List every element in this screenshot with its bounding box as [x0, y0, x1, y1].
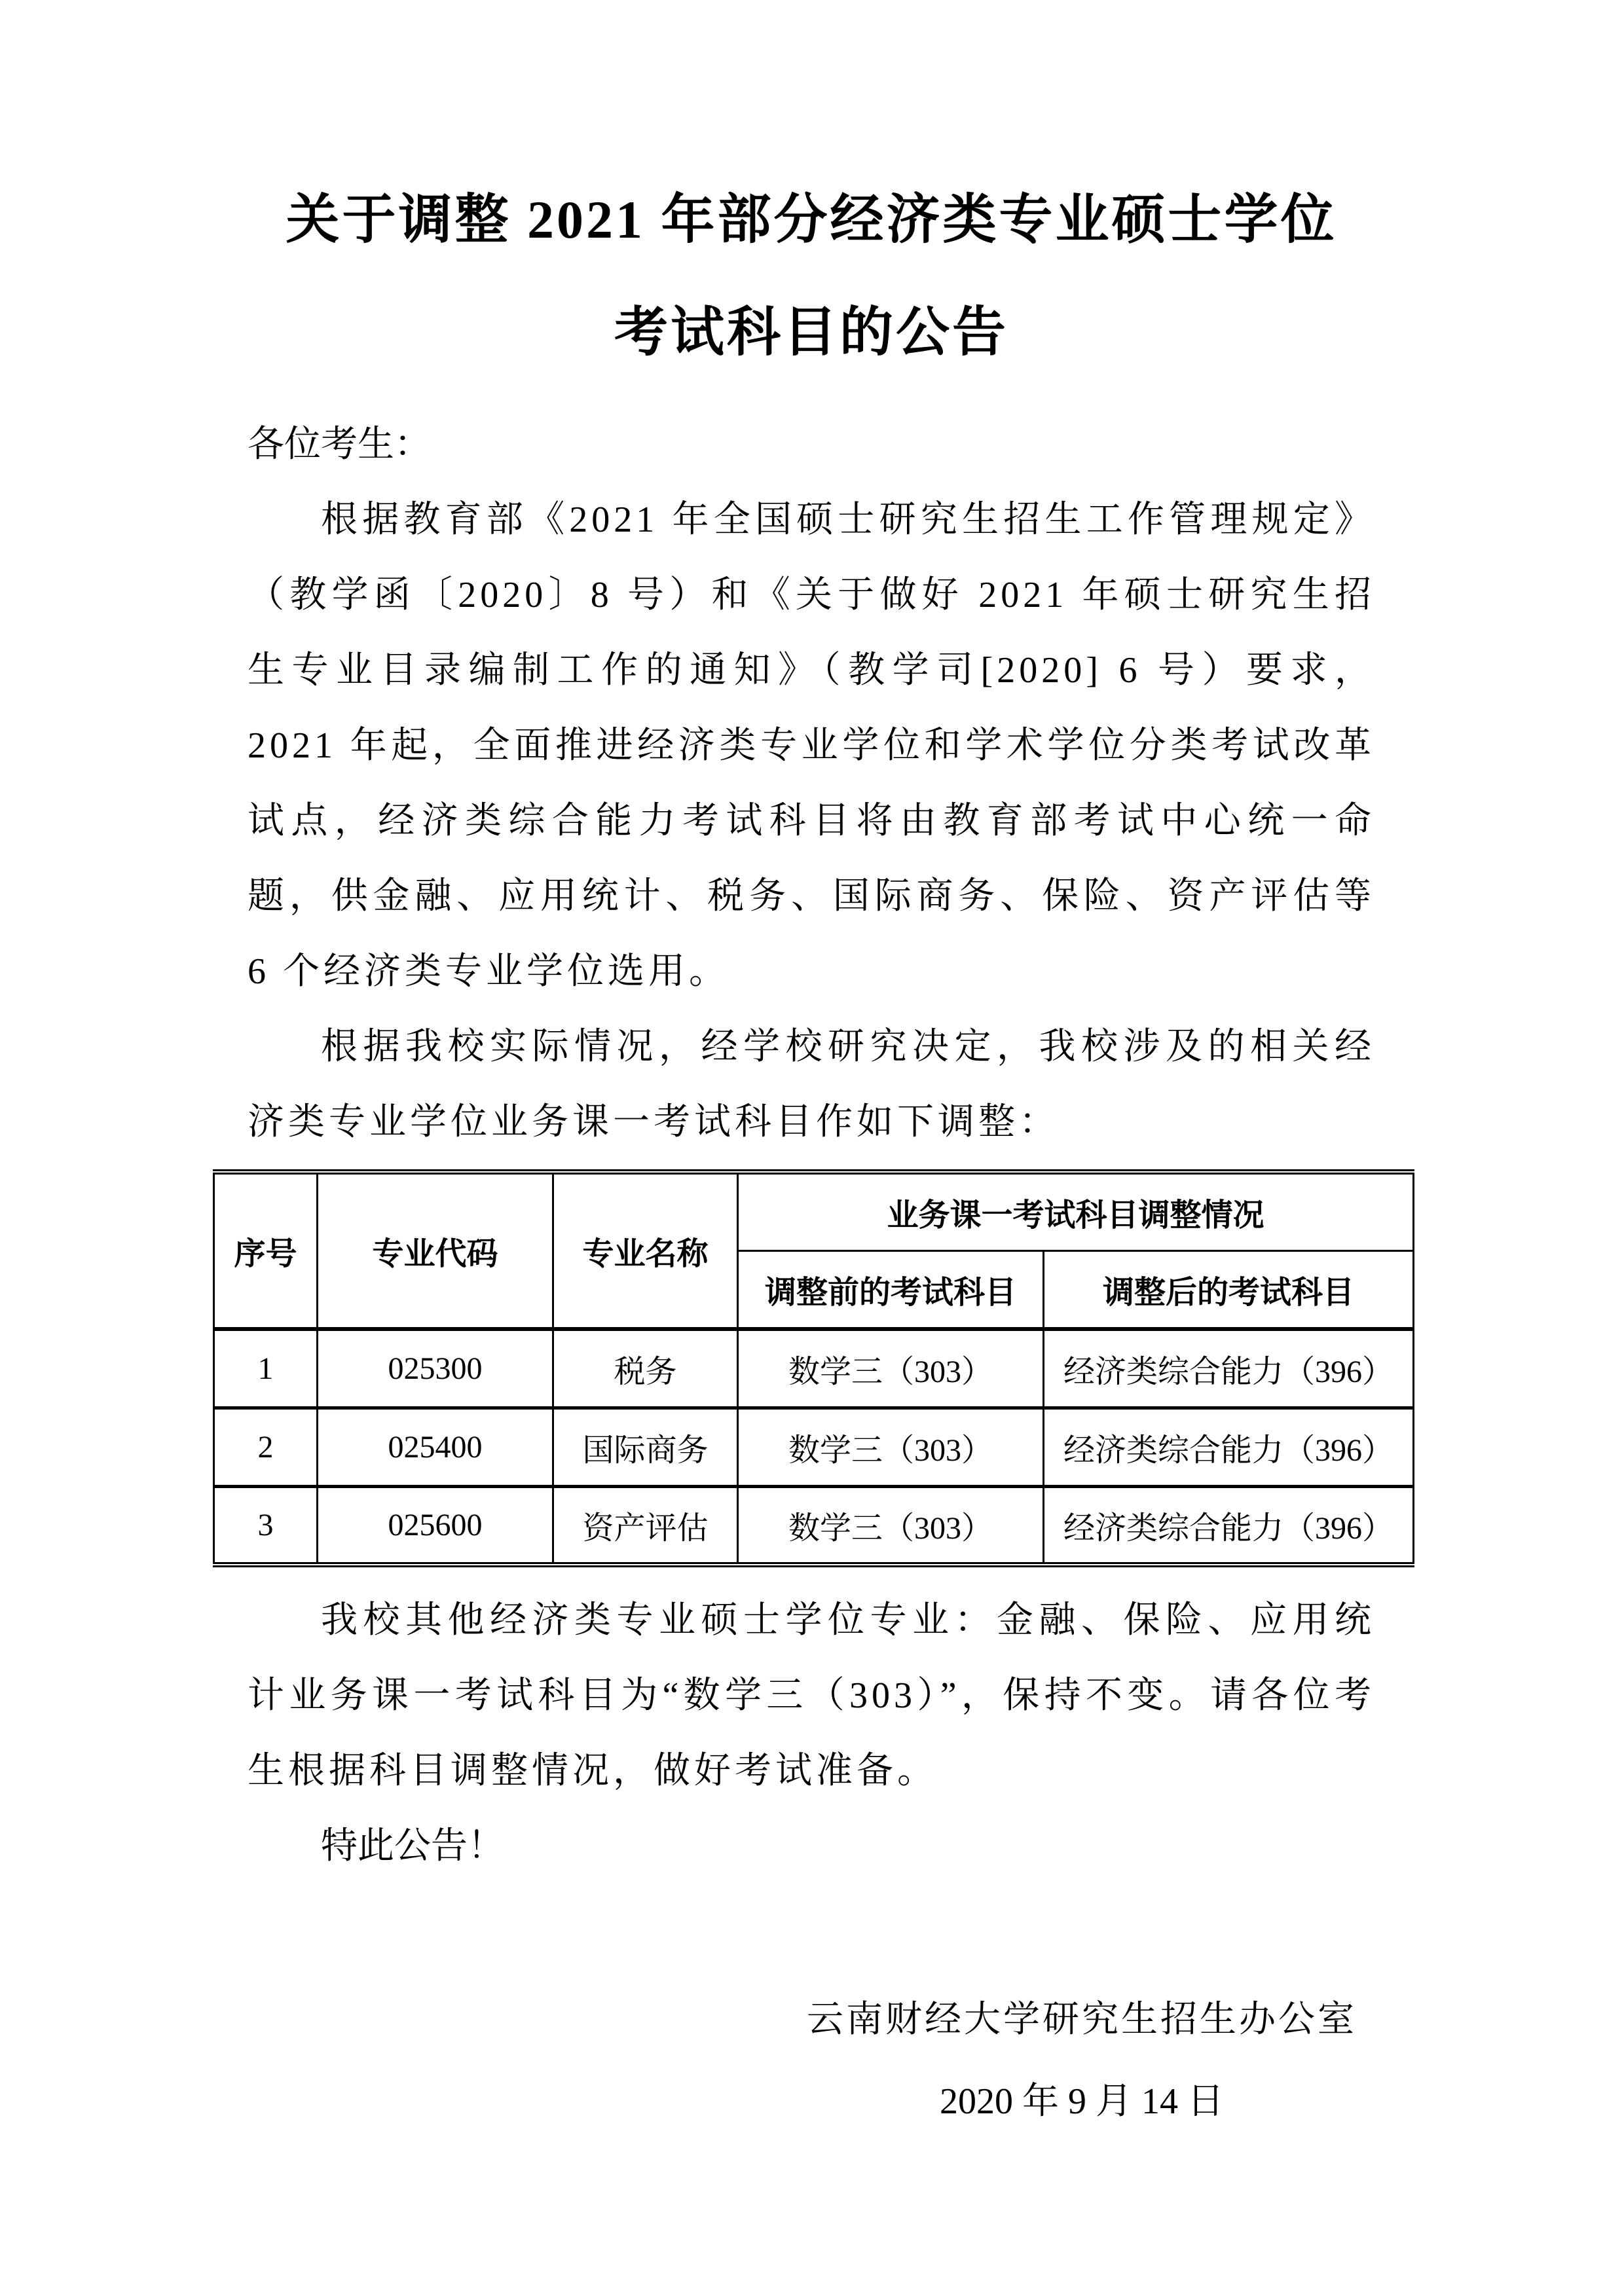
cell-seq: 1 — [214, 1329, 318, 1408]
page-title: 关于调整 2021 年部分经济类专业硕士学位 考试科目的公告 — [221, 164, 1401, 389]
cell-code: 025300 — [318, 1329, 553, 1408]
cell-name: 税务 — [553, 1329, 738, 1408]
cell-seq: 2 — [214, 1408, 318, 1486]
cell-name: 国际商务 — [553, 1408, 738, 1486]
signature-block: 云南财经大学研究生招生办公室 2020 年 9 月 14 日 — [807, 1982, 1357, 2140]
header-group: 业务课一考试科目调整情况 — [738, 1172, 1414, 1250]
header-before: 调整前的考试科目 — [738, 1250, 1044, 1329]
cell-name: 资产评估 — [553, 1486, 738, 1565]
subject-adjustment-table: 序号 专业代码 专业名称 业务课一考试科目调整情况 调整前的考试科目 调整后的考… — [213, 1169, 1414, 1567]
cell-before: 数学三（303） — [738, 1486, 1044, 1565]
cell-after: 经济类综合能力（396） — [1044, 1486, 1414, 1565]
cell-seq: 3 — [214, 1486, 318, 1565]
cell-code: 025600 — [318, 1486, 553, 1565]
salutation: 各位考生： — [248, 407, 1375, 483]
body-paragraph-1: 根据教育部《2021 年全国硕士研究生招生工作管理规定》（教学函〔2020〕8 … — [248, 483, 1375, 1010]
title-line-2: 考试科目的公告 — [221, 276, 1401, 389]
signature-organization: 云南财经大学研究生招生办公室 — [807, 1982, 1357, 2058]
header-after: 调整后的考试科目 — [1044, 1250, 1414, 1329]
table-header-row-1: 序号 专业代码 专业名称 业务课一考试科目调整情况 — [214, 1172, 1414, 1250]
header-name: 专业名称 — [553, 1172, 738, 1329]
title-line-1: 关于调整 2021 年部分经济类专业硕士学位 — [221, 164, 1401, 276]
table-row: 1 025300 税务 数学三（303） 经济类综合能力（396） — [214, 1329, 1414, 1408]
cell-code: 025400 — [318, 1408, 553, 1486]
header-code: 专业代码 — [318, 1172, 553, 1329]
cell-before: 数学三（303） — [738, 1329, 1044, 1408]
closing-paragraph: 我校其他经济类专业硕士学位专业：金融、保险、应用统计业务课一考试科目为“数学三（… — [248, 1583, 1375, 1809]
cell-after: 经济类综合能力（396） — [1044, 1329, 1414, 1408]
announcement-line: 特此公告！ — [248, 1809, 1375, 1884]
table-row: 2 025400 国际商务 数学三（303） 经济类综合能力（396） — [214, 1408, 1414, 1486]
cell-after: 经济类综合能力（396） — [1044, 1408, 1414, 1486]
header-seq: 序号 — [214, 1172, 318, 1329]
body-paragraph-2: 根据我校实际情况，经学校研究决定，我校涉及的相关经济类专业学位业务课一考试科目作… — [248, 1010, 1375, 1160]
cell-before: 数学三（303） — [738, 1408, 1044, 1486]
table-row: 3 025600 资产评估 数学三（303） 经济类综合能力（396） — [214, 1486, 1414, 1565]
signature-date: 2020 年 9 月 14 日 — [807, 2064, 1357, 2140]
document-page: 关于调整 2021 年部分经济类专业硕士学位 考试科目的公告 各位考生： 根据教… — [0, 0, 1624, 2296]
